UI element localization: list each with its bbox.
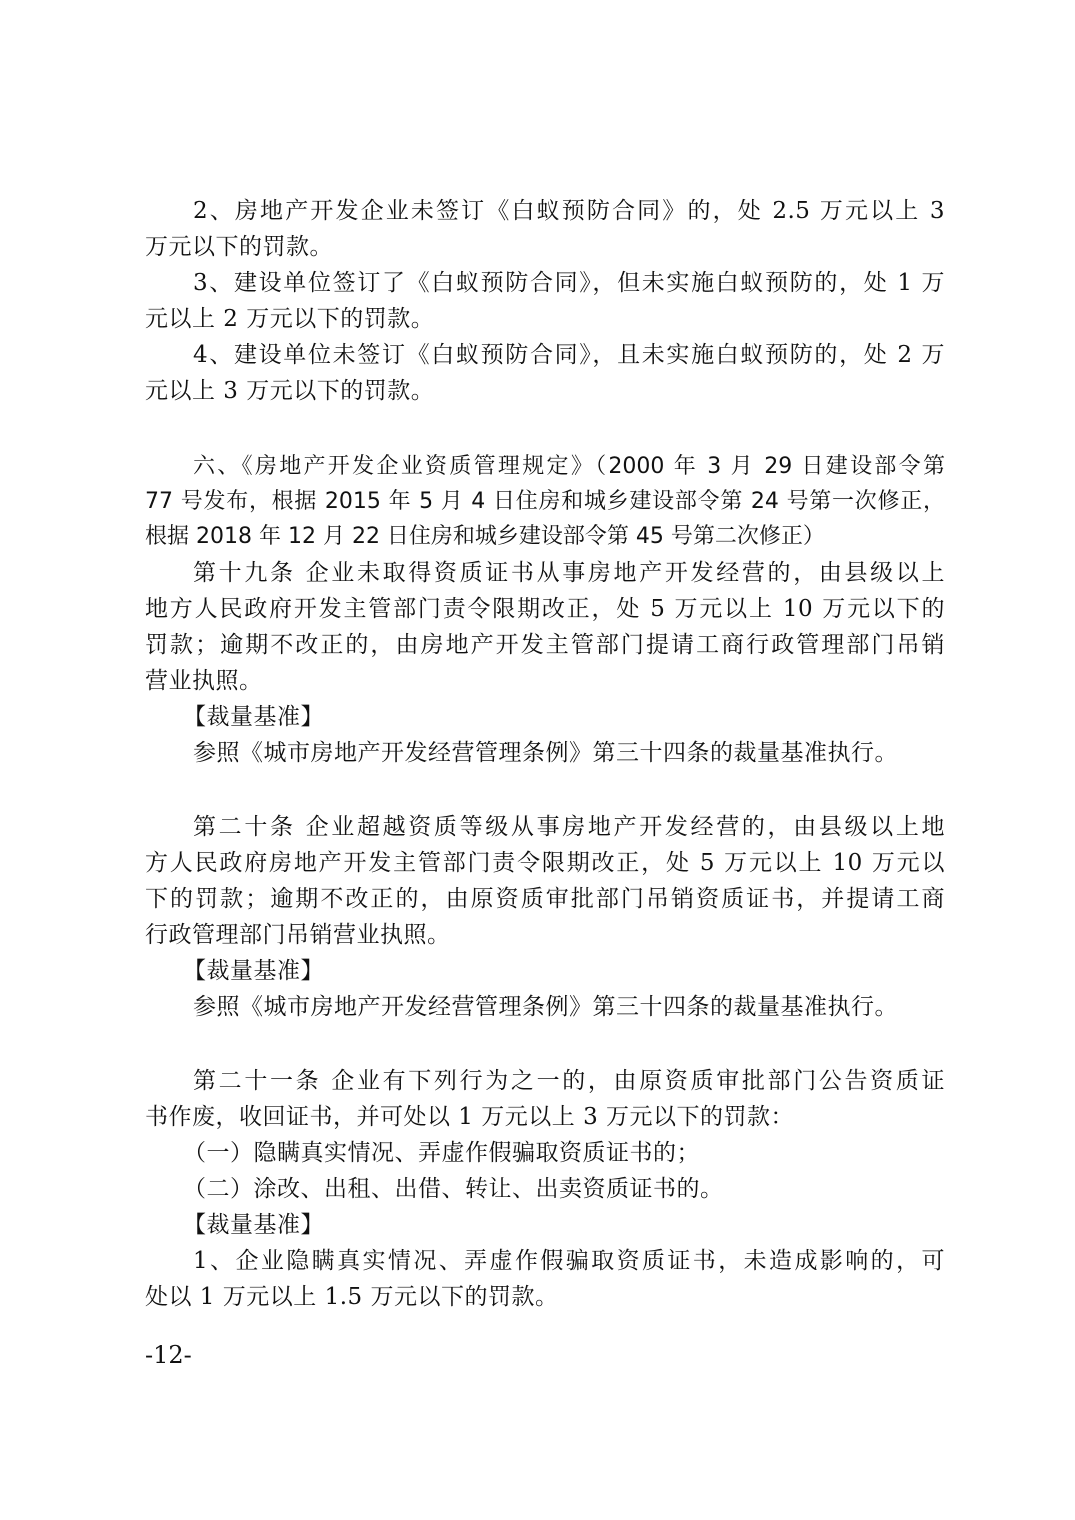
section-heading: 77 号发布，根据 2015 年 5 月 4 日住房和城乡建设部令第 24 号第… bbox=[145, 487, 945, 517]
discretion-standard-text: 1、企业隐瞒真实情况、弄虚作假骗取资质证书，未造成影响的，可 bbox=[193, 1246, 945, 1276]
paragraph-line: 3、建设单位签订了《白蚁预防合同》，但未实施白蚁预防的，处 1 万 bbox=[193, 268, 945, 298]
section-heading: 六、《房地产开发企业资质管理规定》（2000 年 3 月 29 日建设部令第 bbox=[193, 452, 945, 482]
article-21-line: 书作废，收回证书，并可处以 1 万元以上 3 万元以下的罚款： bbox=[145, 1102, 945, 1132]
discretion-standard-text: 处以 1 万元以上 1.5 万元以下的罚款。 bbox=[145, 1282, 945, 1312]
section-heading: 根据 2018 年 12 月 22 日住房和城乡建设部令第 45 号第二次修正） bbox=[145, 522, 945, 552]
paragraph-line: 万元以下的罚款。 bbox=[145, 232, 945, 262]
discretion-standard-label: 【裁量基准】 bbox=[183, 956, 983, 986]
paragraph-line: 元以上 3 万元以下的罚款。 bbox=[145, 376, 945, 406]
discretion-standard-text: 参照《城市房地产开发经营管理条例》第三十四条的裁量基准执行。 bbox=[193, 992, 945, 1022]
paragraph-line: 2、房地产开发企业未签订《白蚁预防合同》的，处 2.5 万元以上 3 bbox=[193, 196, 945, 226]
article-19-line: 罚款；逾期不改正的，由房地产开发主管部门提请工商行政管理部门吊销 bbox=[145, 630, 945, 660]
page-number: -12- bbox=[145, 1340, 192, 1370]
article-19-line: 地方人民政府开发主管部门责令限期改正，处 5 万元以上 10 万元以下的 bbox=[145, 594, 945, 624]
article-20-line: 第二十条 企业超越资质等级从事房地产开发经营的，由县级以上地 bbox=[193, 812, 945, 842]
article-19-line: 第十九条 企业未取得资质证书从事房地产开发经营的，由县级以上 bbox=[193, 558, 945, 588]
article-20-line: 行政管理部门吊销营业执照。 bbox=[145, 920, 945, 950]
paragraph-line: 4、建设单位未签订《白蚁预防合同》，且未实施白蚁预防的，处 2 万 bbox=[193, 340, 945, 370]
article-20-line: 下的罚款；逾期不改正的，由原资质审批部门吊销资质证书，并提请工商 bbox=[145, 884, 945, 914]
discretion-standard-label: 【裁量基准】 bbox=[183, 1210, 983, 1240]
article-21-item: （一）隐瞒真实情况、弄虚作假骗取资质证书的； bbox=[183, 1138, 983, 1168]
article-21-item: （二）涂改、出租、出借、转让、出卖资质证书的。 bbox=[183, 1174, 983, 1204]
article-20-line: 方人民政府房地产开发主管部门责令限期改正，处 5 万元以上 10 万元以 bbox=[145, 848, 945, 878]
document-page: 2、房地产开发企业未签订《白蚁预防合同》的，处 2.5 万元以上 3 万元以下的… bbox=[0, 0, 1075, 1520]
discretion-standard-text: 参照《城市房地产开发经营管理条例》第三十四条的裁量基准执行。 bbox=[193, 738, 945, 768]
paragraph-line: 元以上 2 万元以下的罚款。 bbox=[145, 304, 945, 334]
discretion-standard-label: 【裁量基准】 bbox=[183, 702, 983, 732]
article-19-line: 营业执照。 bbox=[145, 666, 945, 696]
article-21-line: 第二十一条 企业有下列行为之一的，由原资质审批部门公告资质证 bbox=[193, 1066, 945, 1096]
